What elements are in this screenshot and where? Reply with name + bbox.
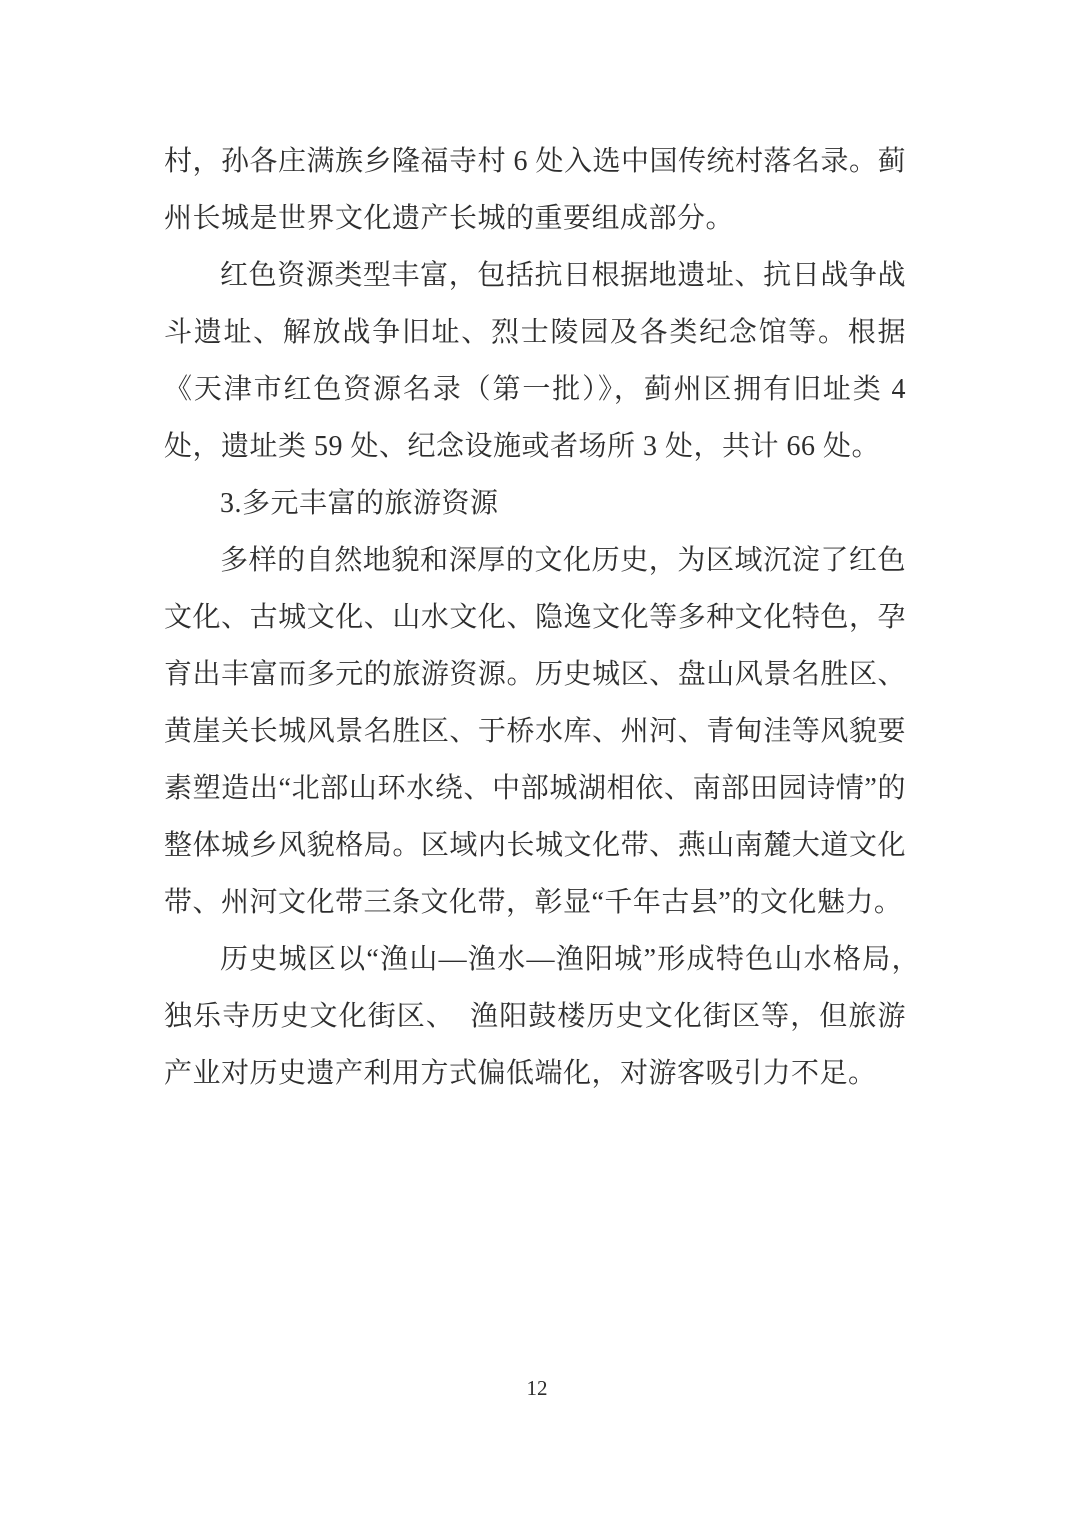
section-heading-tourism-resources: 3.多元丰富的旅游资源 (164, 475, 906, 532)
paragraph-tourism-resources: 多样的自然地貌和深厚的文化历史，为区域沉淀了红色文化、古城文化、山水文化、隐逸文… (164, 532, 906, 931)
paragraph-continuation: 村，孙各庄满族乡隆福寺村 6 处入选中国传统村落名录。蓟州长城是世界文化遗产长城… (164, 133, 906, 247)
document-page: 村，孙各庄满族乡隆福寺村 6 处入选中国传统村落名录。蓟州长城是世界文化遗产长城… (0, 0, 1074, 1520)
document-body: 村，孙各庄满族乡隆福寺村 6 处入选中国传统村落名录。蓟州长城是世界文化遗产长城… (164, 133, 906, 1102)
paragraph-red-resources: 红色资源类型丰富，包括抗日根据地遗址、抗日战争战斗遗址、解放战争旧址、烈士陵园及… (164, 247, 906, 475)
paragraph-historic-city: 历史城区以“渔山—渔水—渔阳城”形成特色山水格局， 独乐寺历史文化街区、 渔阳鼓… (164, 931, 906, 1102)
page-number: 12 (0, 1376, 1074, 1401)
